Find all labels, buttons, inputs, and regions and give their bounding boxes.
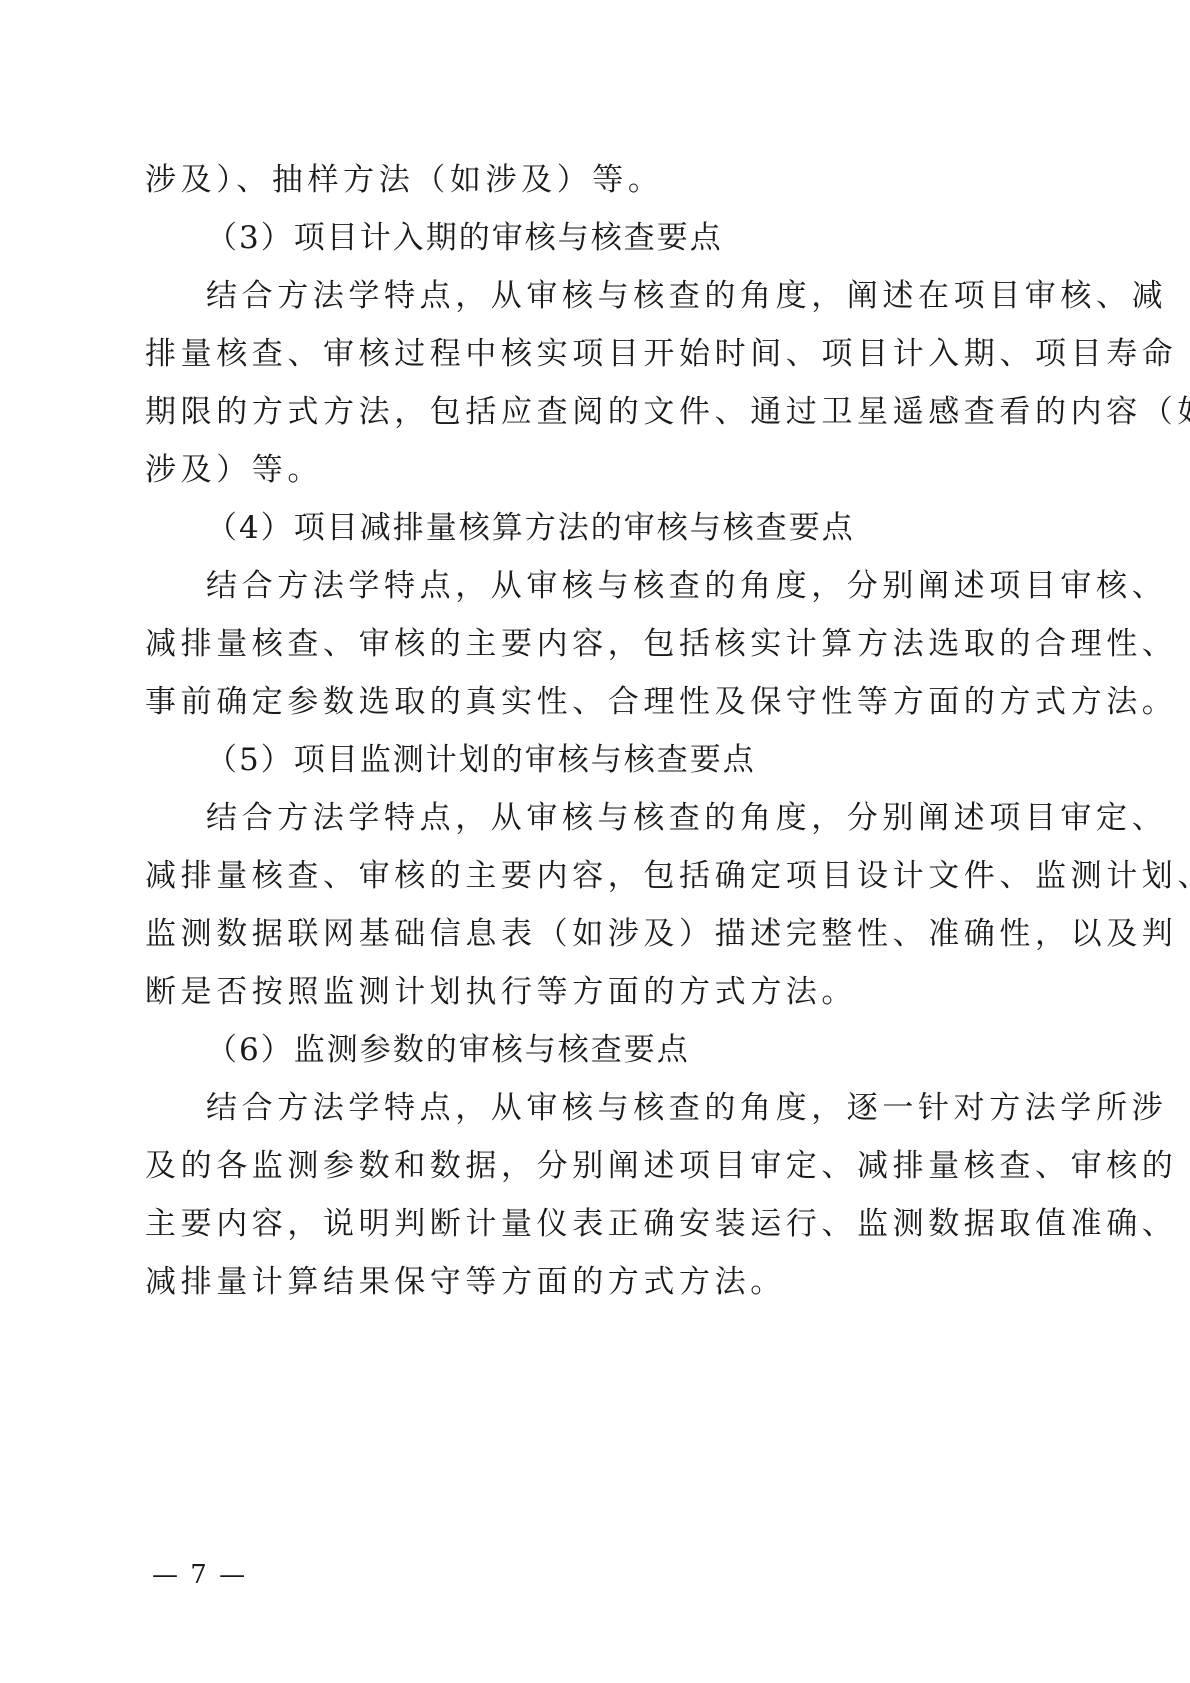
page-number: — 7 — <box>152 1560 247 1590</box>
paragraph-line: 期限的方式方法，包括应查阅的文件、通过卫星遥感查看的内容（如 <box>145 392 975 432</box>
paragraph-line: 主要内容，说明判断计量仪表正确安装运行、监测数据取值准确、 <box>145 1204 975 1244</box>
paragraph-line: 减排量核查、审核的主要内容，包括确定项目设计文件、监测计划、 <box>145 856 975 896</box>
paragraph-line: 结合方法学特点，从审核与核查的角度，分别阐述项目审核、 <box>206 566 975 606</box>
paragraph-line: 排量核查、审核过程中核实项目开始时间、项目计入期、项目寿命 <box>145 334 975 374</box>
paragraph-line: 及的各监测参数和数据，分别阐述项目审定、减排量核查、审核的 <box>145 1146 975 1186</box>
paragraph-line: 监测数据联网基础信息表（如涉及）描述完整性、准确性，以及判 <box>145 914 975 954</box>
paragraph-line: 结合方法学特点，从审核与核查的角度，阐述在项目审核、减 <box>206 276 975 316</box>
section-heading-4: （4）项目减排量核算方法的审核与核查要点 <box>206 508 1036 548</box>
section-heading-6: （6）监测参数的审核与核查要点 <box>206 1030 1036 1070</box>
paragraph-line: 结合方法学特点，从审核与核查的角度，逐一针对方法学所涉 <box>206 1088 975 1128</box>
document-page: 涉及）、抽样方法（如涉及）等。 （3）项目计入期的审核与核查要点 结合方法学特点… <box>0 0 1190 1683</box>
paragraph-line: 减排量核查、审核的主要内容，包括核实计算方法选取的合理性、 <box>145 624 975 664</box>
paragraph-line: 涉及）等。 <box>145 450 975 490</box>
paragraph-line: 事前确定参数选取的真实性、合理性及保守性等方面的方式方法。 <box>145 682 975 722</box>
paragraph-line: 涉及）、抽样方法（如涉及）等。 <box>145 160 975 200</box>
section-heading-5: （5）项目监测计划的审核与核查要点 <box>206 740 1036 780</box>
paragraph-line: 减排量计算结果保守等方面的方式方法。 <box>145 1262 975 1302</box>
paragraph-line: 结合方法学特点，从审核与核查的角度，分别阐述项目审定、 <box>206 798 975 838</box>
paragraph-line: 断是否按照监测计划执行等方面的方式方法。 <box>145 972 975 1012</box>
section-heading-3: （3）项目计入期的审核与核查要点 <box>206 218 1036 258</box>
